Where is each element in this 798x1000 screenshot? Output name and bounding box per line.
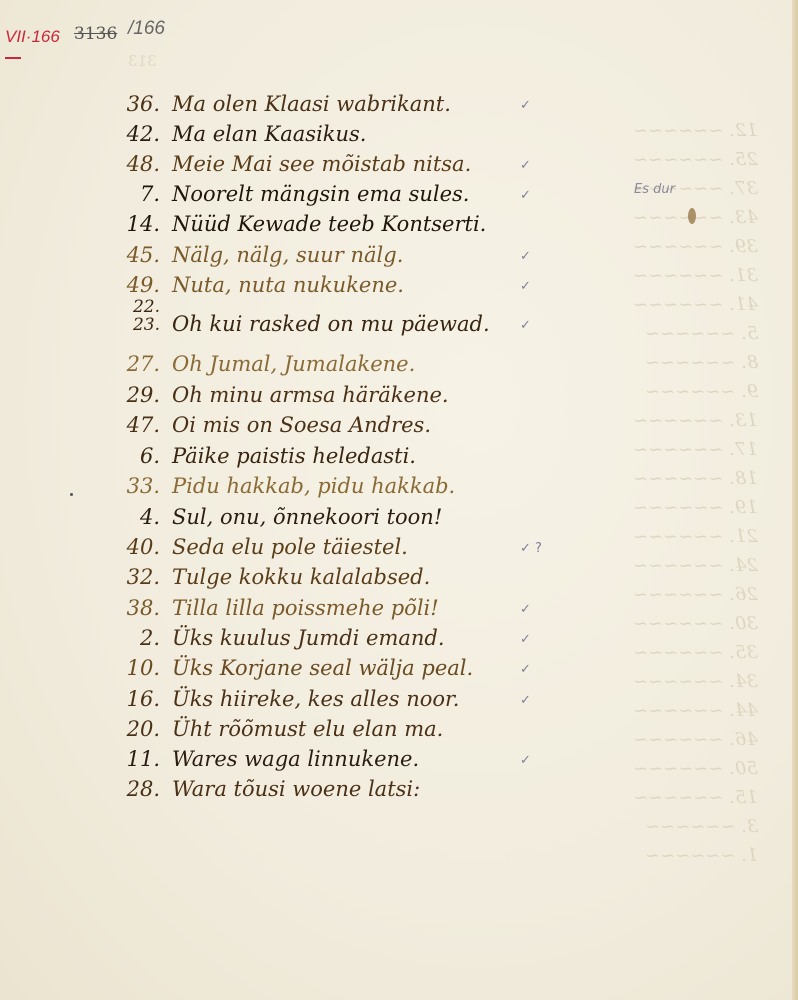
- song-title: Tilla lilla poissmehe põli!: [172, 596, 439, 620]
- song-number: 7.: [100, 182, 160, 206]
- song-list: 36.Ma olen Klaasi wabrikant.✓42.Ma elan …: [0, 0, 798, 1000]
- song-title: Noorelt mängsin ema sules.: [172, 182, 470, 206]
- song-number: 40.: [100, 535, 160, 559]
- song-number: 29.: [100, 383, 160, 407]
- song-number: 42.: [100, 122, 160, 146]
- song-title: Tulge kokku kalalabsed.: [172, 565, 430, 589]
- check-mark-icon: ✓: [520, 279, 531, 294]
- check-mark-icon: ✓: [520, 632, 531, 647]
- song-number: 38.: [100, 596, 160, 620]
- check-mark-icon: ✓: [520, 98, 531, 113]
- song-number: 10.: [100, 656, 160, 680]
- song-number: 2.: [100, 626, 160, 650]
- check-mark-icon: ✓: [520, 662, 531, 677]
- check-mark-icon: ✓: [520, 318, 531, 333]
- check-mark-icon: ✓ ?: [520, 541, 542, 556]
- song-number: 45.: [100, 243, 160, 267]
- song-number: 4.: [100, 505, 160, 529]
- song-title: Meie Mai see mõistab nitsa.: [172, 152, 471, 176]
- check-mark-icon: ✓: [520, 753, 531, 768]
- song-title: Seda elu pole täiestel.: [172, 535, 408, 559]
- song-title: Sul, onu, õnnekoori toon!: [172, 505, 442, 529]
- song-title: Üht rõõmust elu elan ma.: [172, 717, 443, 741]
- song-number: 48.: [100, 152, 160, 176]
- song-number: 36.: [100, 92, 160, 116]
- song-title: Päike paistis heledasti.: [172, 444, 416, 468]
- song-title: Nuta, nuta nukukene.: [172, 273, 404, 297]
- song-title: Oh Jumal, Jumalakene.: [172, 352, 415, 376]
- song-title: Üks hiireke, kes alles noor.: [172, 687, 459, 711]
- check-mark-icon: ✓: [520, 158, 531, 173]
- song-number: 49.: [100, 273, 160, 297]
- song-title: Oi mis on Soesa Andres.: [172, 413, 431, 437]
- song-number: 16.: [100, 687, 160, 711]
- song-title: Wara tõusi woene latsi:: [172, 777, 420, 801]
- song-title: Nälg, nälg, suur nälg.: [172, 243, 403, 267]
- song-number: 20.: [100, 717, 160, 741]
- check-mark-icon: ✓: [520, 249, 531, 264]
- song-number: 27.: [100, 352, 160, 376]
- check-mark-icon: ✓: [520, 602, 531, 617]
- song-number: 33.: [100, 474, 160, 498]
- song-number: 32.: [100, 565, 160, 589]
- song-number: 14.: [100, 212, 160, 236]
- song-title: Üks kuulus Jumdi emand.: [172, 626, 445, 650]
- song-title: Ma olen Klaasi wabrikant.: [172, 92, 451, 116]
- song-number: 28.: [100, 777, 160, 801]
- song-number: 6.: [100, 444, 160, 468]
- song-title: Nüüd Kewade teeb Kontserti.: [172, 212, 486, 236]
- side-note-key: Es dur: [634, 182, 675, 197]
- song-title: Oh minu armsa häräkene.: [172, 383, 449, 407]
- song-title: Pidu hakkab, pidu hakkab.: [172, 474, 455, 498]
- check-mark-icon: ✓: [520, 188, 531, 203]
- song-number: 47.: [100, 413, 160, 437]
- ink-blot: [688, 208, 696, 224]
- song-title: Wares waga linnukene.: [172, 747, 419, 771]
- song-title: Oh kui rasked on mu päewad.: [172, 312, 490, 336]
- song-title: Üks Korjane seal wälja peal.: [172, 656, 473, 680]
- song-number: 11.: [100, 747, 160, 771]
- check-mark-icon: ✓: [520, 693, 531, 708]
- song-title: Ma elan Kaasikus.: [172, 122, 367, 146]
- song-number: 22. 23.: [100, 298, 160, 334]
